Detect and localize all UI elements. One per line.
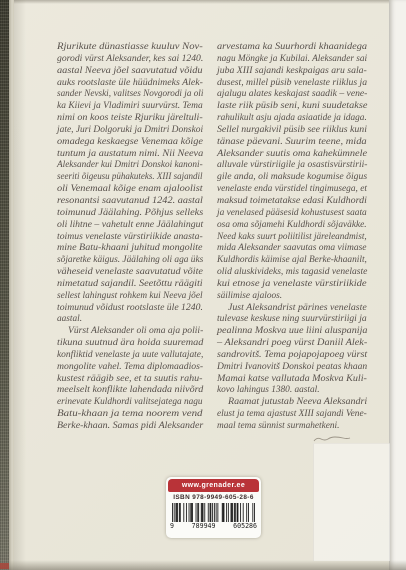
blurb-line: toimunud Jäälahing. Põhjus selleks bbox=[57, 208, 203, 220]
blurb-line: juba XIII sajandi keskpaigas aru sala- bbox=[217, 66, 367, 78]
blurb-line: mida Aleksander saavutas oma viimase bbox=[217, 243, 367, 255]
barcode: 9789949605286 bbox=[166, 503, 261, 537]
blurb-line: Kuldhordis käimise ajal Berke-khaanilt, bbox=[217, 255, 367, 267]
barcode-digit-group: 605286 bbox=[232, 522, 258, 530]
blurb-line: aastal Neeva jõel saavutatud võidu bbox=[57, 66, 203, 78]
blurb-line: dusest, millel püsib venelaste riiklus j… bbox=[217, 78, 367, 90]
blurb-line: rahulikult asju ajada asiaatide ja idaga… bbox=[217, 113, 367, 125]
blurb-line: Vürst Aleksander oli oma aja polii- bbox=[57, 326, 203, 338]
blurb-line: ajalugu alates keskajast saadik – vene- bbox=[217, 89, 367, 101]
blurb-line: sandrovitš. Tema pojapojapoeg vürst bbox=[217, 350, 367, 362]
blurb-line: Sellel nurgakivil püsib see riiklus kuni bbox=[217, 125, 367, 137]
blurb-line: oli Venemaal kõige enam ajaloolist bbox=[57, 184, 203, 196]
blurb-line: gorodi vürst Aleksander, kes sai 1240. bbox=[57, 54, 203, 66]
sticker-residue bbox=[313, 443, 390, 561]
blurb-line: Raamat jutustab Neeva Aleksandri bbox=[217, 397, 367, 409]
blurb-line: Mamai katse vallutada Moskva Kuli- bbox=[217, 374, 367, 386]
blurb-line: säilimise ajaloos. bbox=[217, 291, 367, 303]
blurb-line: alluvale vürstiriigile ja osastisvürstir… bbox=[217, 160, 367, 172]
blurb-line: aastal. bbox=[57, 314, 203, 326]
blurb-line: Aleksander suutis oma kahekümnele bbox=[217, 149, 367, 161]
blurb-line: sellest lahingust rohkem kui Neeva jõel bbox=[57, 291, 203, 303]
blurb-line: arvestama ka Suurhordi khaanidega bbox=[217, 42, 367, 54]
blurb-line: venelaste enda vürstidel tingimusega, et bbox=[217, 184, 367, 196]
barcode-digit-group: 9 bbox=[169, 522, 175, 530]
blurb-line: tuntum ja austatum nimi. Nii Neeva bbox=[57, 149, 203, 161]
pencil-mark bbox=[312, 435, 352, 445]
barcode-digit-group: 789949 bbox=[191, 522, 217, 530]
blurb-line: kovo lahingus 1380. aastal. bbox=[217, 385, 367, 397]
blurb-line: seeriti õigeusu pühakuteks. XIII sajandi… bbox=[57, 172, 203, 184]
spine-strip bbox=[0, 0, 9, 570]
blurb-line: oli lihtne – vahetult enne Jäälahingut bbox=[57, 220, 203, 232]
blurb-line: Rjurikute dünastiasse kuuluv Nov- bbox=[57, 42, 203, 54]
publisher-website: www.grenader.ee bbox=[168, 479, 259, 492]
blurb-line: pealinna Moskva uue liini aluspanija bbox=[217, 326, 367, 338]
blurb-line: tikuna suutnud ära hoida suuremad bbox=[57, 338, 203, 350]
blurb-line: mongolite vahel. Tema diplomaadios- bbox=[57, 362, 203, 374]
blurb-line: väheseid venelaste saavutatud võite bbox=[57, 267, 203, 279]
blurb-line: toimus venelaste vürstiriikide anasta- bbox=[57, 232, 203, 244]
blurb-line: nimetatud sajandil. Seetõttu räägiti bbox=[57, 279, 203, 291]
blurb-line: toimunud võidust rootslaste üle 1240. bbox=[57, 303, 203, 315]
blurb-line: erinevate Kuldhordi valitsejatega nagu bbox=[57, 397, 203, 409]
publisher-isbn-label: www.grenader.ee ISBN 978-9949-605-28-6 9… bbox=[166, 477, 261, 538]
blurb-line: tänase päevani. Suurim teene, mida bbox=[217, 137, 367, 149]
blurb-line: nimi on koos teiste Rjuriku järeltuli- bbox=[57, 113, 203, 125]
blurb-line: Aleksander kui Dmitri Donskoi kanoni- bbox=[57, 160, 203, 172]
blurb-line: ka Kiievi ja Vladimiri suurvürst. Tema bbox=[57, 101, 203, 113]
blurb-line: gile anda, oli maksude kogumise õigus bbox=[217, 172, 367, 184]
blurb-line: Batu-khaan ja tema noorem vend bbox=[57, 409, 203, 421]
isbn-text: ISBN 978-9949-605-28-6 bbox=[166, 492, 261, 503]
blurb-line: Need kaks suurt poliitilist järeleandmis… bbox=[217, 232, 367, 244]
blurb-line: Berke-khaan. Samas pidi Aleksander bbox=[57, 421, 203, 433]
blurb-line: Just Aleksandrist pärines venelaste bbox=[217, 303, 367, 315]
blurb-line: nagu Möngke ja Kubilai. Aleksander sai bbox=[217, 54, 367, 66]
blurb-line: kustest räägib see, et ta suutis rahu- bbox=[57, 374, 203, 386]
cover-left-shade bbox=[14, 0, 26, 570]
cover-top-edge bbox=[0, 0, 406, 4]
blurb-line: sander Nevski, valitses Novgorodi ja oli bbox=[57, 89, 203, 101]
blurb-left-column: Rjurikute dünastiasse kuuluv Nov-gorodi … bbox=[57, 42, 203, 433]
blurb-line: resonantsi saavutanud 1242. aastal bbox=[57, 196, 203, 208]
blurb-line: meelselt konflikte lahendada niivõrd bbox=[57, 385, 203, 397]
blurb-line: maksud toimetatakse edasi Kuldhordi bbox=[217, 196, 367, 208]
blurb-line: jate, Juri Dolgoruki ja Dmitri Donskoi bbox=[57, 125, 203, 137]
front-cover-red-speck bbox=[0, 563, 9, 569]
blurb-line: maal tema sünnist surmahetkeni. bbox=[217, 421, 367, 433]
blurb-line: ja venelased pääsesid kohustusest saata bbox=[217, 208, 367, 220]
blurb-line: sõjaretke käigus. Jäälahing oli aga üks bbox=[57, 255, 203, 267]
blurb-line: tulevase keskuse ning suurvürstiriigi ja bbox=[217, 314, 367, 326]
blurb-line: omadega keskaegse Venemaa kõige bbox=[57, 137, 203, 149]
blurb-line: konfliktid venelaste ja uute vallutajate… bbox=[57, 350, 203, 362]
barcode-digits: 9789949605286 bbox=[169, 522, 258, 530]
bottom-shadow bbox=[0, 560, 406, 570]
blurb-line: kui etnose ja venelaste vürstiriikide bbox=[217, 279, 367, 291]
blurb-right-column: arvestama ka Suurhordi khaanideganagu Mö… bbox=[217, 42, 367, 433]
blurb-line: auks rootslaste üle hüüdnimeks Alek- bbox=[57, 78, 203, 90]
blurb-line: Dmitri Ivanovitš Donskoi peatas khaan bbox=[217, 362, 367, 374]
blurb-line: olid aluskivideks, mis tagasid venelaste bbox=[217, 267, 367, 279]
photo-backdrop bbox=[389, 0, 406, 570]
book-back-cover: Rjurikute dünastiasse kuuluv Nov-gorodi … bbox=[0, 0, 406, 570]
blurb-line: – Aleksandri poeg vürst Daniil Alek- bbox=[217, 338, 367, 350]
blurb-line: mine Batu-khaani juhitud mongolite bbox=[57, 243, 203, 255]
blurb-line: osa oma sõjamehi Kuldhordi sõjaväkke. bbox=[217, 220, 367, 232]
blurb-line: laste riik püsib seni, kuni suudetakse bbox=[217, 101, 367, 113]
blurb-line: elust ja tema ajastust XIII sajandi Vene… bbox=[217, 409, 367, 421]
